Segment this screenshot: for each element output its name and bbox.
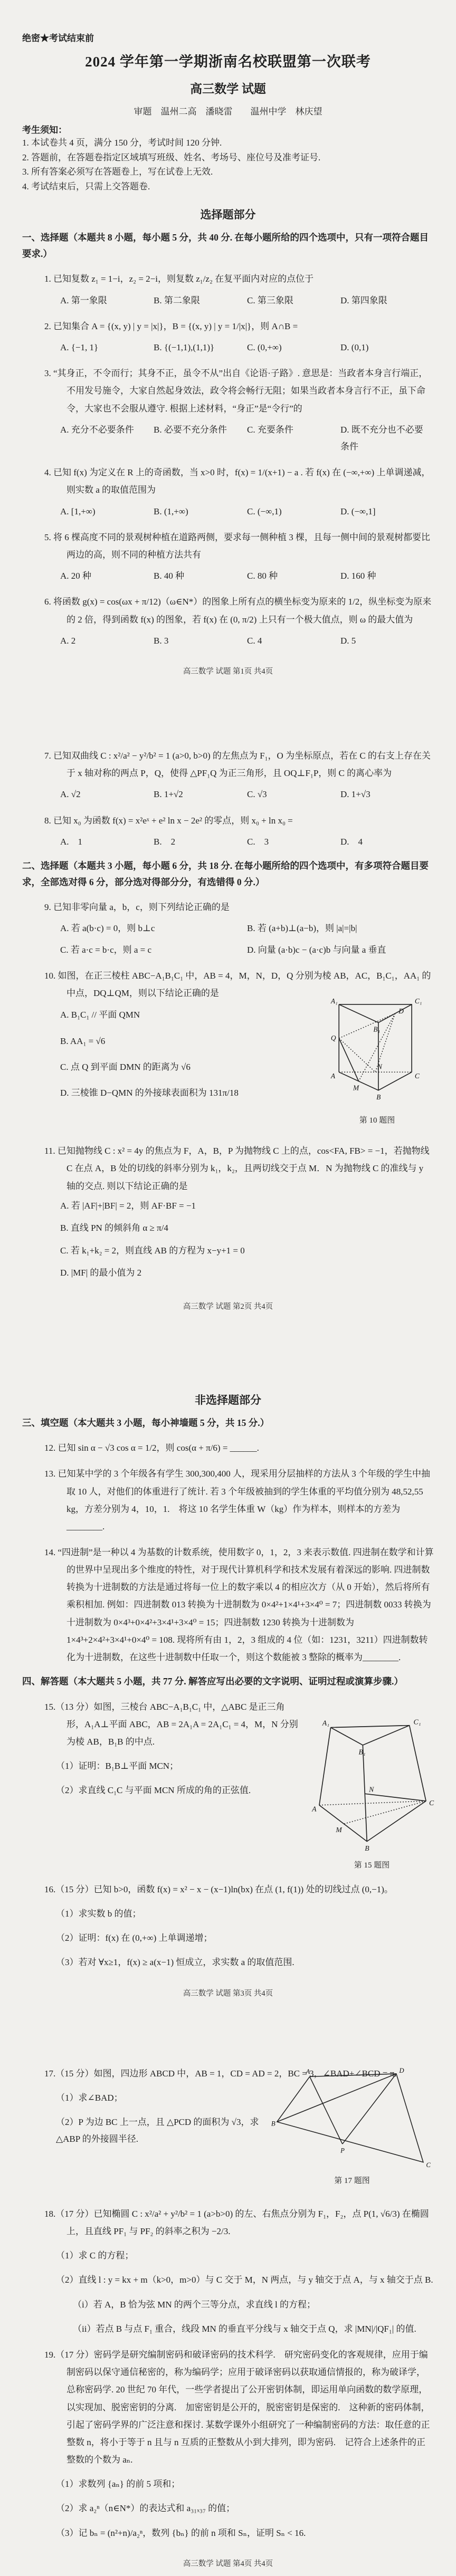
- q2-option-a: A. {−1, 1}: [60, 339, 154, 356]
- page2-footer: 高三数学 试题 第2页 共4页: [22, 1300, 434, 1311]
- exam-title: 2024 学年第一学期浙南名校联盟第一次联考: [22, 50, 434, 71]
- q17-part1: （1）求∠BAD；: [22, 2090, 275, 2106]
- page4-footer: 高三数学 试题 第4页 共4页: [22, 2558, 434, 2569]
- page3-footer: 高三数学 试题 第3页 共4页: [22, 1987, 434, 1998]
- q1-option-a: A. 第一象限: [60, 292, 154, 309]
- q1-option-d: D. 第四象限: [340, 292, 434, 309]
- q8-option-a: A. 1: [60, 834, 154, 850]
- q15-block: 15.（13 分）如图，三棱台 ABC−A₁B₁C₁ 中，△ABC 是正三角形，…: [22, 1698, 434, 1872]
- q9-option-a: A. 若 a(b·c) = 0，则 b⊥c: [60, 920, 247, 937]
- q7-options: A. √2 B. 1+√2 C. √3 D. 1+√3: [22, 786, 434, 803]
- exam-subtitle: 高三数学 试题: [22, 79, 434, 97]
- q2-option-d: D. (0,1): [340, 339, 434, 356]
- q4-options: A. [1,+∞) B. (1,+∞) C. (−∞,1) D. (−∞,1]: [22, 503, 434, 520]
- q17-quadrilateral-diagram: A D B P C: [270, 2068, 434, 2171]
- section1-header: 一、选择题（本题共 8 小题，每小题 5 分，共 40 分. 在每小题所给的四个…: [22, 229, 434, 262]
- page-break-2: [22, 1311, 434, 1379]
- q6-option-a: A. 2: [60, 633, 154, 649]
- q11-option-c: C. 若 k₁+k₂ = 2，则直线 AB 的方程为 x−y+1 = 0: [22, 1240, 434, 1262]
- q17-label-a: A: [305, 2068, 310, 2075]
- q2-stem: 2. 已知集合 A = {(x, y) | y = |x|}，B = {(x, …: [22, 318, 434, 335]
- q8-option-d: D. 4: [340, 834, 434, 850]
- q12-stem: 12. 已知 sin α − √3 cos α = 1/2，则 cos(α + …: [22, 1439, 434, 1457]
- q15-frustum-diagram: A₁ C₁ B₁ N A C M B: [310, 1716, 436, 1856]
- q3-option-d: D. 既不充分也不必要条件: [340, 422, 434, 456]
- q15-figure-caption: 第 15 题图: [310, 1859, 434, 1870]
- q5-option-c: C. 80 种: [247, 568, 340, 585]
- exam-paper-scan: { "doc": { "secrecy": "绝密★考试结束前", "title…: [0, 0, 456, 2576]
- q1-options: A. 第一象限 B. 第二象限 C. 第三象限 D. 第四象限: [22, 292, 434, 309]
- q15-label-b: B: [365, 1844, 369, 1852]
- q4-option-b: B. (1,+∞): [154, 503, 247, 520]
- q17-label-p: P: [340, 2147, 345, 2154]
- q4-option-d: D. (−∞,1]: [340, 503, 434, 520]
- q5-option-b: B. 40 种: [154, 568, 247, 585]
- q5-option-d: D. 160 种: [340, 568, 434, 585]
- q10-figure: A₁ C₁ B₁ Q D A C B M N 第 10 题图: [320, 992, 434, 1125]
- q15-label-m: M: [335, 1825, 343, 1833]
- q6-option-b: B. 3: [154, 633, 247, 649]
- q10-option-d: D. 三棱锥 D−QMN 的外接球表面积为 131π/18: [22, 1080, 302, 1106]
- q17-part2: （2）P 为边 BC 上一点，且 △PCD 的面积为 √3，求 △ABP 的外接…: [22, 2114, 275, 2148]
- q18-part2i: （i）若 A，B 恰为弦 MN 的两个三等分点，求直线 l 的方程；: [22, 2296, 434, 2313]
- q15-figure: A₁ C₁ B₁ N A C M B 第 15 题图: [310, 1716, 434, 1870]
- q11-option-b: B. 直线 PN 的倾斜角 α ≥ π/4: [22, 1217, 434, 1240]
- section3-header: 三、填空题（本大题共 3 小题，每小神墙题 5 分，共 15 分.）: [22, 1415, 434, 1431]
- q10-label-q: Q: [330, 1034, 336, 1042]
- q10-prism-diagram: A₁ C₁ B₁ Q D A C B M N: [325, 992, 430, 1111]
- q7-option-b: B. 1+√2: [154, 786, 247, 803]
- q3-option-a: A. 充分不必要条件: [60, 422, 154, 456]
- q7-option-d: D. 1+√3: [340, 786, 434, 803]
- q10-label-a: A: [330, 1072, 335, 1080]
- q19-part1: （1）求数列 {aₙ} 的前 5 项和；: [22, 2476, 434, 2493]
- q17-figure-caption: 第 17 题图: [270, 2175, 434, 2186]
- q2-option-c: C. (0,+∞): [247, 339, 340, 356]
- q9-stem: 9. 已知非零向量 a，b，c，则下列结论正确的是: [22, 898, 434, 916]
- q1-stem: 1. 已知复数 z₁ = 1−i，z₂ = 2−i，则复数 z₁/z₂ 在复平面…: [22, 270, 434, 288]
- q17-figure: A D B P C 第 17 题图: [270, 2068, 434, 2186]
- q8-stem: 8. 已知 x₀ 为函数 f(x) = x²eˣ + e² ln x − 2e²…: [22, 812, 434, 829]
- q3-options: A. 充分不必要条件 B. 必要不充分条件 C. 充要条件 D. 既不充分也不必…: [22, 422, 434, 456]
- q15-part2: （2）求直线 C₁C 与平面 MCN 所成的角的正弦值.: [22, 1782, 299, 1799]
- q5-options: A. 20 种 B. 40 种 C. 80 种 D. 160 种: [22, 568, 434, 585]
- page-break-1: [22, 676, 434, 739]
- q1-option-c: C. 第三象限: [247, 292, 340, 309]
- q2-option-b: B. {(−1,1),(1,1)}: [154, 339, 247, 356]
- q14-stem: 14. “四进制”是一种以 4 为基数的计数系统，使用数字 0，1，2，3 来表…: [22, 1544, 434, 1666]
- q9-options-row2: C. 若 a·c = b·c，则 a = c D. 向量 (a·b)c − (a…: [22, 942, 434, 959]
- q7-stem: 7. 已知双曲线 C : x²/a² − y²/b² = 1 (a>0, b>0…: [22, 747, 434, 782]
- notice-1: 1. 本试卷共 4 页，满分 150 分，考试时间 120 分钟.: [22, 136, 434, 150]
- q6-options: A. 2 B. 3 C. 4 D. 5: [22, 633, 434, 649]
- q15-label-a1: A₁: [322, 1719, 329, 1727]
- q18-part2: （2）直线 l : y = kx + m（k>0，m>0）与 C 交于 M，N …: [22, 2272, 434, 2288]
- q15-label-c: C: [429, 1798, 434, 1806]
- q15-stem: 15.（13 分）如图，三棱台 ABC−A₁B₁C₁ 中，△ABC 是正三角形，…: [22, 1698, 299, 1750]
- q16-part3: （3）若对 ∀x≥1，f(x) ≥ a(x−1) 恒成立，求实数 a 的取值范围…: [22, 1954, 434, 1971]
- exam-sheet: 绝密★考试结束前 2024 学年第一学期浙南名校联盟第一次联考 高三数学 试题 …: [0, 0, 456, 2569]
- q9-option-c: C. 若 a·c = b·c，则 a = c: [60, 942, 247, 959]
- q15-label-c1: C₁: [414, 1718, 421, 1726]
- q5-option-a: A. 20 种: [60, 568, 154, 585]
- q9-options-row1: A. 若 a(b·c) = 0，则 b⊥c B. 若 (a+b)⊥(a−b)，则…: [22, 920, 434, 937]
- q18-part1: （1）求 C 的方程；: [22, 2247, 434, 2264]
- q10-option-b: B. AA₁ = √6: [22, 1028, 302, 1054]
- q7-option-a: A. √2: [60, 786, 154, 803]
- q6-option-c: C. 4: [247, 633, 340, 649]
- q7-option-c: C. √3: [247, 786, 340, 803]
- q10-label-b: B: [376, 1093, 381, 1101]
- q11-option-d: D. |MF| 的最小值为 2: [22, 1262, 434, 1285]
- q5-stem: 5. 将 6 棵高度不同的景观树种植在道路两侧，要求每一侧种植 3 棵，且每一侧…: [22, 529, 434, 563]
- q4-option-a: A. [1,+∞): [60, 503, 154, 520]
- q3-option-b: B. 必要不充分条件: [154, 422, 247, 456]
- q4-stem: 4. 已知 f(x) 为定义在 R 上的奇函数，当 x>0 时，f(x) = 1…: [22, 464, 434, 499]
- q10-label-a1: A₁: [330, 997, 337, 1005]
- q19-part3: （3）记 bₙ = (n²+n)/a₂ⁿ，数列 {bₙ} 的前 n 项和 Sₙ，…: [22, 2525, 434, 2542]
- notice-3: 3. 所有答案必须写在答题卷上，写在试卷上无效.: [22, 165, 434, 179]
- q18-part2ii: （ii）若点 B 与点 F₁ 重合，线段 MN 的垂直平分线与 x 轴交于点 Q…: [22, 2321, 434, 2338]
- q10-label-c1: C₁: [414, 997, 422, 1005]
- q15-label-a: A: [311, 1805, 317, 1813]
- q17-label-d: D: [398, 2068, 404, 2074]
- q10-label-n: N: [377, 1063, 383, 1071]
- q3-option-c: C. 充要条件: [247, 422, 340, 456]
- notice-title: 考生须知：: [22, 122, 434, 136]
- part1-title: 选择题部分: [22, 206, 434, 222]
- q19-stem: 19.（17 分）密码学是研究编制密码和破译密码的技术科学. 研究密码变化的客观…: [22, 2346, 434, 2468]
- section4-header: 四、解答题（本大题共 5 小题，共 77 分. 解答应写出必要的文字说明、证明过…: [22, 1673, 434, 1690]
- q16-stem: 16.（15 分）已知 b>0，函数 f(x) = x² − x − (x−1)…: [22, 1881, 434, 1898]
- q16-part1: （1）求实数 b 的值；: [22, 1905, 434, 1922]
- q3-stem: 3. “其身正，不令而行；其身不正，虽令不从”出自《论语·子路》. 意思是：当政…: [22, 365, 434, 417]
- notice-2: 2. 答题前，在答题卷指定区域填写班级、姓名、考场号、座位号及准考证号.: [22, 150, 434, 165]
- page-break-3: [22, 1998, 434, 2056]
- section2-header: 二、选择题（本题共 3 小题，每小题 6 分，共 18 分. 在每小题所给的四个…: [22, 858, 434, 890]
- notice-4: 4. 考试结束后，只需上交答题卷.: [22, 179, 434, 194]
- q10-label-c: C: [414, 1072, 420, 1080]
- reviewers-line: 审题 温州二高 潘晓雷 温州中学 林庆望: [22, 104, 434, 117]
- q15-label-n: N: [368, 1785, 374, 1793]
- q19-part2: （2）求 a₂ⁿ（n∈N*）的表达式和 a₃₁ₓ₃₇ 的值；: [22, 2500, 434, 2517]
- part2-title: 非选择题部分: [22, 1392, 434, 1407]
- q6-option-d: D. 5: [340, 633, 434, 649]
- q8-option-b: B. 2: [154, 834, 247, 850]
- q10-block: 10. 如图，在正三棱柱 ABC−A₁B₁C₁ 中，AB = 4，M，N，D，Q…: [22, 967, 434, 1134]
- q10-options: A. B₁C₁ // 平面 QMN B. AA₁ = √6 C. 点 Q 到平面…: [22, 1002, 302, 1134]
- q10-option-c: C. 点 Q 到平面 DMN 的距离为 √6: [22, 1054, 302, 1080]
- q4-option-c: C. (−∞,1): [247, 503, 340, 520]
- q2-options: A. {−1, 1} B. {(−1,1),(1,1)} C. (0,+∞) D…: [22, 339, 434, 356]
- q1-option-b: B. 第二象限: [154, 292, 247, 309]
- q8-option-c: C. 3: [247, 834, 340, 850]
- q6-stem: 6. 将函数 g(x) = cos(ωx + π/12)（ω∈N*）的图象上所有…: [22, 593, 434, 628]
- q10-label-d: D: [398, 1007, 404, 1015]
- q10-option-a: A. B₁C₁ // 平面 QMN: [22, 1002, 302, 1028]
- q8-options: A. 1 B. 2 C. 3 D. 4: [22, 834, 434, 850]
- q10-label-m: M: [353, 1084, 359, 1092]
- q16-part2: （2）证明：f(x) 在 (0,+∞) 上单调递增；: [22, 1930, 434, 1947]
- q11-stem: 11. 已知抛物线 C : x² = 4y 的焦点为 F，A，B，P 为抛物线 …: [22, 1142, 434, 1194]
- q9-option-d: D. 向量 (a·b)c − (a·c)b 与向量 a 垂直: [247, 942, 434, 959]
- q9-option-b: B. 若 (a+b)⊥(a−b)，则 |a|=|b|: [247, 920, 434, 937]
- q10-figure-caption: 第 10 题图: [320, 1114, 434, 1125]
- q10-label-b1: B₁: [373, 1026, 380, 1033]
- q13-stem: 13. 已知某中学的 3 个年级各有学生 300,300,400 人，现采用分层…: [22, 1465, 434, 1535]
- q15-label-b1: B₁: [359, 1748, 366, 1756]
- q18-stem: 18.（17 分）已知椭圆 C : x²/a² + y²/b² = 1 (a>b…: [22, 2205, 434, 2240]
- q11-option-a: A. 若 |AF|+|BF| = 2，则 AF·BF = −1: [22, 1195, 434, 1218]
- secrecy-banner: 绝密★考试结束前: [22, 31, 434, 44]
- q17-label-b: B: [271, 2120, 275, 2127]
- q17-block: 17.（15 分）如图，四边形 ABCD 中，AB = 1，CD = AD = …: [22, 2065, 434, 2197]
- q17-label-c: C: [426, 2161, 431, 2168]
- page1-footer: 高三数学 试题 第1页 共4页: [22, 665, 434, 676]
- q15-part1: （1）证明：B₁B⊥平面 MCN；: [22, 1758, 299, 1775]
